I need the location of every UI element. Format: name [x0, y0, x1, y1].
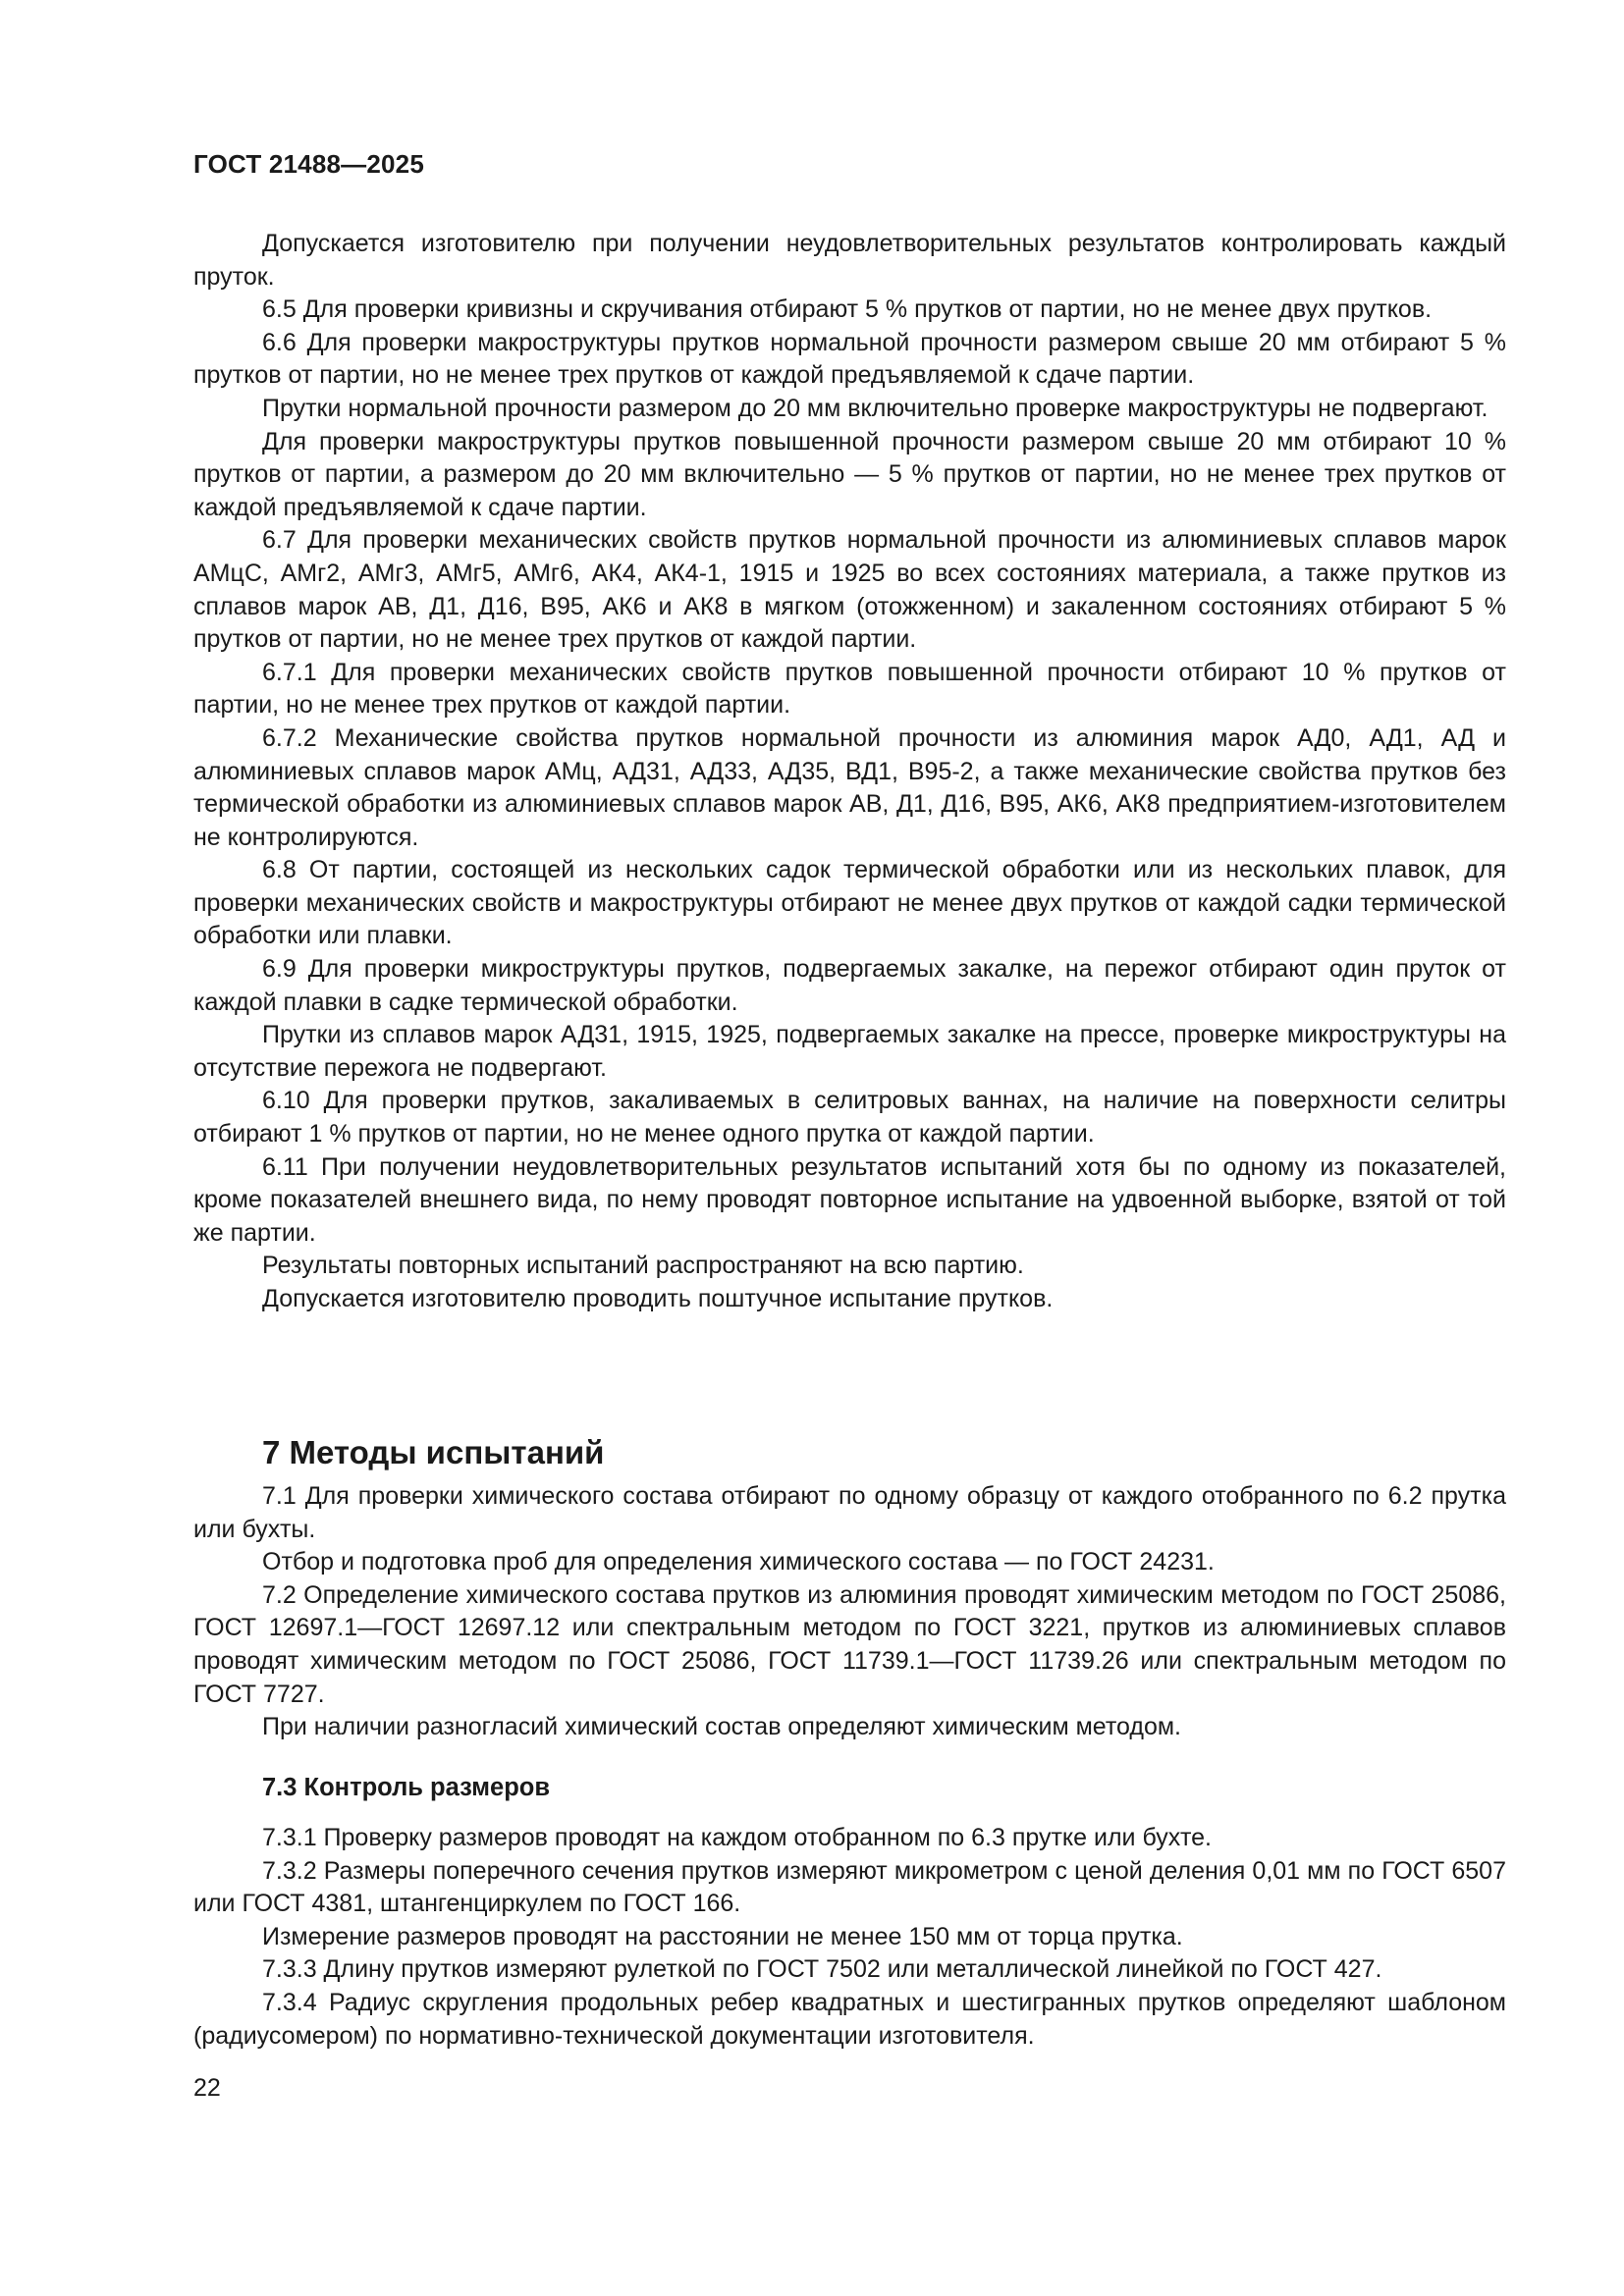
paragraph-6-8: 6.8 От партии, состоящей из нескольких с… [193, 854, 1506, 953]
paragraph: Прутки из сплавов марок АД31, 1915, 1925… [193, 1019, 1506, 1085]
section-7-body: 7.1 Для проверки химического состава отб… [193, 1480, 1506, 1744]
section-7: 7 Методы испытаний [193, 1433, 1506, 1472]
paragraph: При наличии разногласий химический соста… [193, 1711, 1506, 1744]
paragraph: Прутки нормальной прочности размером до … [193, 393, 1506, 426]
paragraph: Допускается изготовителю при получении н… [193, 228, 1506, 294]
subsection-7-3-body: 7.3.1 Проверку размеров проводят на кажд… [193, 1822, 1506, 2053]
paragraph: Результаты повторных испытаний распростр… [193, 1250, 1506, 1283]
paragraph-7-3-4: 7.3.4 Радиус скругления продольных ребер… [193, 1987, 1506, 2053]
paragraph-6-7-1: 6.7.1 Для проверки механических свойств … [193, 657, 1506, 722]
paragraph-6-9: 6.9 Для проверки микроструктуры прутков,… [193, 953, 1506, 1019]
subsection-7-3-title: 7.3 Контроль размеров [193, 1772, 1506, 1803]
paragraph-6-11: 6.11 При получении неудовлетворительных … [193, 1151, 1506, 1251]
paragraph-6-6: 6.6 Для проверки макроструктуры прутков … [193, 327, 1506, 393]
paragraph-6-10: 6.10 Для проверки прутков, закаливаемых … [193, 1085, 1506, 1150]
section-7-title: 7 Методы испытаний [193, 1433, 1506, 1472]
page-number: 22 [193, 2073, 221, 2103]
paragraph-6-5: 6.5 Для проверки кривизны и скручивания … [193, 294, 1506, 327]
paragraph-7-3-3: 7.3.3 Длину прутков измеряют рулеткой по… [193, 1953, 1506, 1987]
subsection-7-3: 7.3 Контроль размеров [193, 1772, 1506, 1803]
paragraph-6-7: 6.7 Для проверки механических свойств пр… [193, 524, 1506, 656]
paragraph: Для проверки макроструктуры прутков повы… [193, 426, 1506, 525]
paragraph-7-2: 7.2 Определение химического состава прут… [193, 1579, 1506, 1711]
paragraph-7-3-2: 7.3.2 Размеры поперечного сечения прутко… [193, 1855, 1506, 1921]
paragraph-7-1: 7.1 Для проверки химического состава отб… [193, 1480, 1506, 1546]
paragraph: Отбор и подготовка проб для определения … [193, 1546, 1506, 1579]
paragraph-7-3-1: 7.3.1 Проверку размеров проводят на кажд… [193, 1822, 1506, 1855]
paragraph: Допускается изготовителю проводить пошту… [193, 1283, 1506, 1316]
paragraph: Измерение размеров проводят на расстояни… [193, 1921, 1506, 1954]
paragraph-6-7-2: 6.7.2 Механические свойства прутков норм… [193, 722, 1506, 854]
section-6-continuation: Допускается изготовителю при получении н… [193, 228, 1506, 1316]
document-header-id: ГОСТ 21488—2025 [193, 149, 424, 179]
